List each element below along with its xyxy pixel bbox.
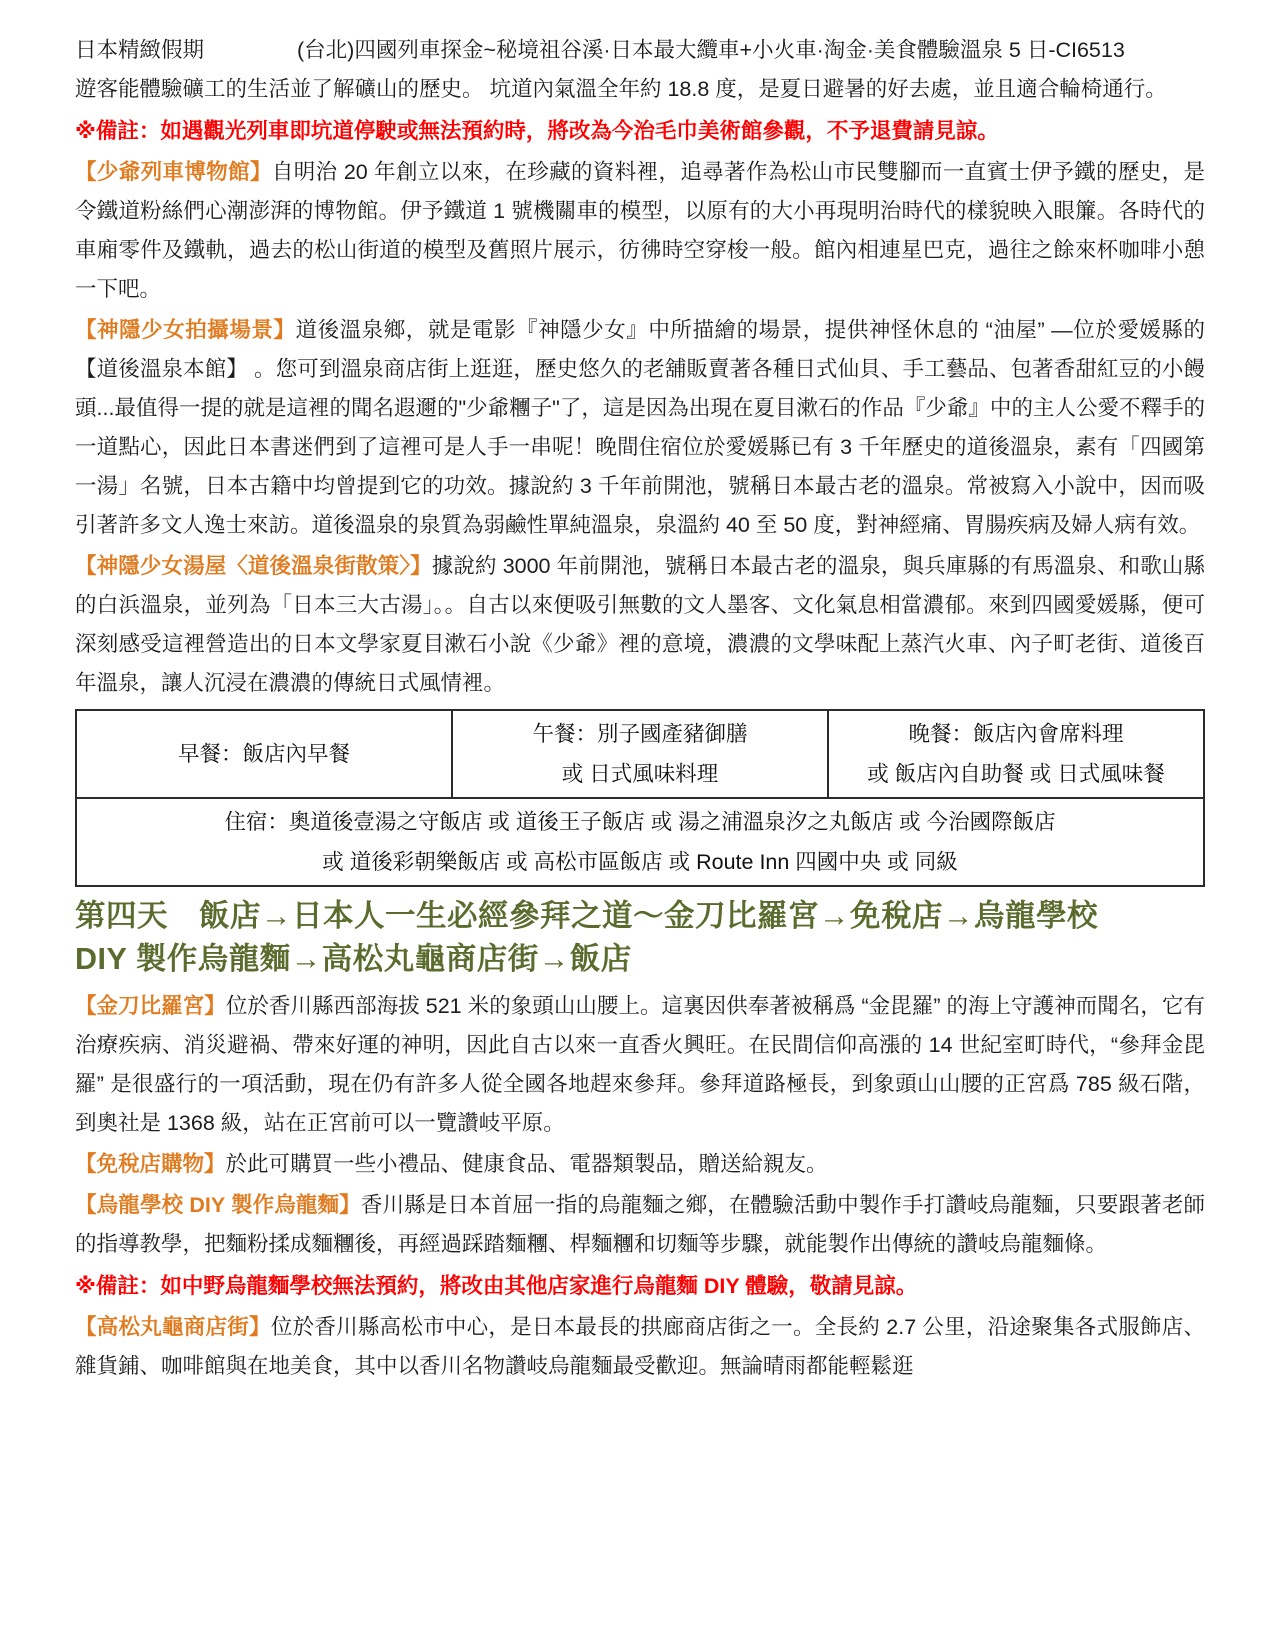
dinner-cell: 晚餐：飯店內會席料理 或 飯店內自助餐 或 日式風味餐 xyxy=(828,710,1204,798)
hotel-row: 住宿：奧道後壹湯之守飯店 或 道後王子飯店 或 湯之浦溫泉汐之丸飯店 或 今治國… xyxy=(76,798,1204,886)
breakfast-cell: 早餐：飯店內早餐 xyxy=(76,710,452,798)
section-body: 位於香川縣西部海拔 521 米的象頭山山腰上。這裏因供奉著被稱爲 “金毘羅” 的… xyxy=(75,994,1205,1135)
section-title: 【烏龍學校 DIY 製作烏龍麵】 xyxy=(75,1193,361,1217)
meal-row: 早餐：飯店內早餐 午餐：別子國產豬御膳 或 日式風味料理 晚餐：飯店內會席料理 … xyxy=(76,710,1204,798)
doc-title: (台北)四國列車探金~秘境祖谷溪·日本最大纜車+小火車·淘金·美食體驗溫泉 5 … xyxy=(297,30,1205,70)
dinner-line-1: 晚餐：飯店內會席料理 xyxy=(833,714,1199,754)
section-title: 【高松丸龜商店街】 xyxy=(75,1315,271,1339)
notice-udon-school: ※備註：如中野烏龍麵學校無法預約，將改由其他店家進行烏龍麵 DIY 體驗，敬請見… xyxy=(75,1266,1205,1306)
section-body: 道後溫泉鄉，就是電影『神隱少女』中所描繪的場景，提供神怪休息的 “油屋” —位於… xyxy=(75,318,1205,537)
section-udon-school-diy: 【烏龍學校 DIY 製作烏龍麵】香川縣是日本首屈一指的烏龍麵之鄉，在體驗活動中製… xyxy=(75,1186,1205,1264)
doc-brand: 日本精緻假期 xyxy=(75,30,297,70)
section-title: 【免稅店購物】 xyxy=(75,1152,226,1176)
section-dogo-onsen-stroll: 【神隱少女湯屋〈道後溫泉街散策〉】據說約 3000 年前開池，號稱日本最古老的溫… xyxy=(75,547,1205,703)
dinner-line-2: 或 飯店內自助餐 或 日式風味餐 xyxy=(833,754,1199,794)
section-body: 於此可購買一些小禮品、健康食品、電器類製品，贈送給親友。 xyxy=(226,1152,828,1176)
section-title: 【少爺列車博物館】 xyxy=(75,160,272,184)
section-title: 【神隱少女拍攝場景】 xyxy=(75,318,296,342)
lunch-line-1: 午餐：別子國產豬御膳 xyxy=(457,714,823,754)
section-duty-free-shopping: 【免稅店購物】於此可購買一些小禮品、健康食品、電器類製品，贈送給親友。 xyxy=(75,1145,1205,1184)
section-spirited-away-scene: 【神隱少女拍攝場景】道後溫泉鄉，就是電影『神隱少女』中所描繪的場景，提供神怪休息… xyxy=(75,311,1205,545)
hotel-cell: 住宿：奧道後壹湯之守飯店 或 道後王子飯店 或 湯之浦溫泉汐之丸飯店 或 今治國… xyxy=(76,798,1204,886)
meal-table: 早餐：飯店內早餐 午餐：別子國產豬御膳 或 日式風味料理 晚餐：飯店內會席料理 … xyxy=(75,709,1205,887)
lunch-cell: 午餐：別子國產豬御膳 或 日式風味料理 xyxy=(452,710,828,798)
document-header: 日本精緻假期 (台北)四國列車探金~秘境祖谷溪·日本最大纜車+小火車·淘金·美食… xyxy=(75,30,1205,70)
section-marugame-shopping-street: 【高松丸龜商店街】位於香川縣高松市中心，是日本最長的拱廊商店街之一。全長約 2.… xyxy=(75,1308,1205,1386)
hotel-line-1: 住宿：奧道後壹湯之守飯店 或 道後王子飯店 或 湯之浦溫泉汐之丸飯店 或 今治國… xyxy=(81,802,1199,842)
breakfast-text: 早餐：飯店內早餐 xyxy=(81,734,447,774)
intro-paragraph: 遊客能體驗礦工的生活並了解礦山的歷史。 坑道內氣溫全年約 18.8 度，是夏日避… xyxy=(75,70,1205,109)
day4-heading-line-1: 第四天 飯店→日本人一生必經參拜之道～金刀比羅宮→免稅店→烏龍學校 xyxy=(75,895,1205,938)
day4-heading: 第四天 飯店→日本人一生必經參拜之道～金刀比羅宮→免稅店→烏龍學校 DIY 製作… xyxy=(75,895,1205,981)
section-botchan-train-museum: 【少爺列車博物館】自明治 20 年創立以來，在珍藏的資料裡，追尋著作為松山市民雙… xyxy=(75,153,1205,309)
notice-train-tunnel: ※備註：如遇觀光列車即坑道停駛或無法預約時，將改為今治毛巾美術館參觀，不予退費請… xyxy=(75,111,1205,151)
lunch-line-2: 或 日式風味料理 xyxy=(457,754,823,794)
itinerary-page: 日本精緻假期 (台北)四國列車探金~秘境祖谷溪·日本最大纜車+小火車·淘金·美食… xyxy=(0,0,1275,1650)
section-title: 【金刀比羅宮】 xyxy=(75,994,226,1018)
section-kotohira-shrine: 【金刀比羅宮】位於香川縣西部海拔 521 米的象頭山山腰上。這裏因供奉著被稱爲 … xyxy=(75,987,1205,1143)
day4-heading-line-2: DIY 製作烏龍麵→高松丸龜商店街→飯店 xyxy=(75,938,1205,981)
hotel-line-2: 或 道後彩朝樂飯店 或 高松市區飯店 或 Route Inn 四國中央 或 同級 xyxy=(81,842,1199,882)
section-title: 【神隱少女湯屋〈道後溫泉街散策〉】 xyxy=(75,554,432,578)
